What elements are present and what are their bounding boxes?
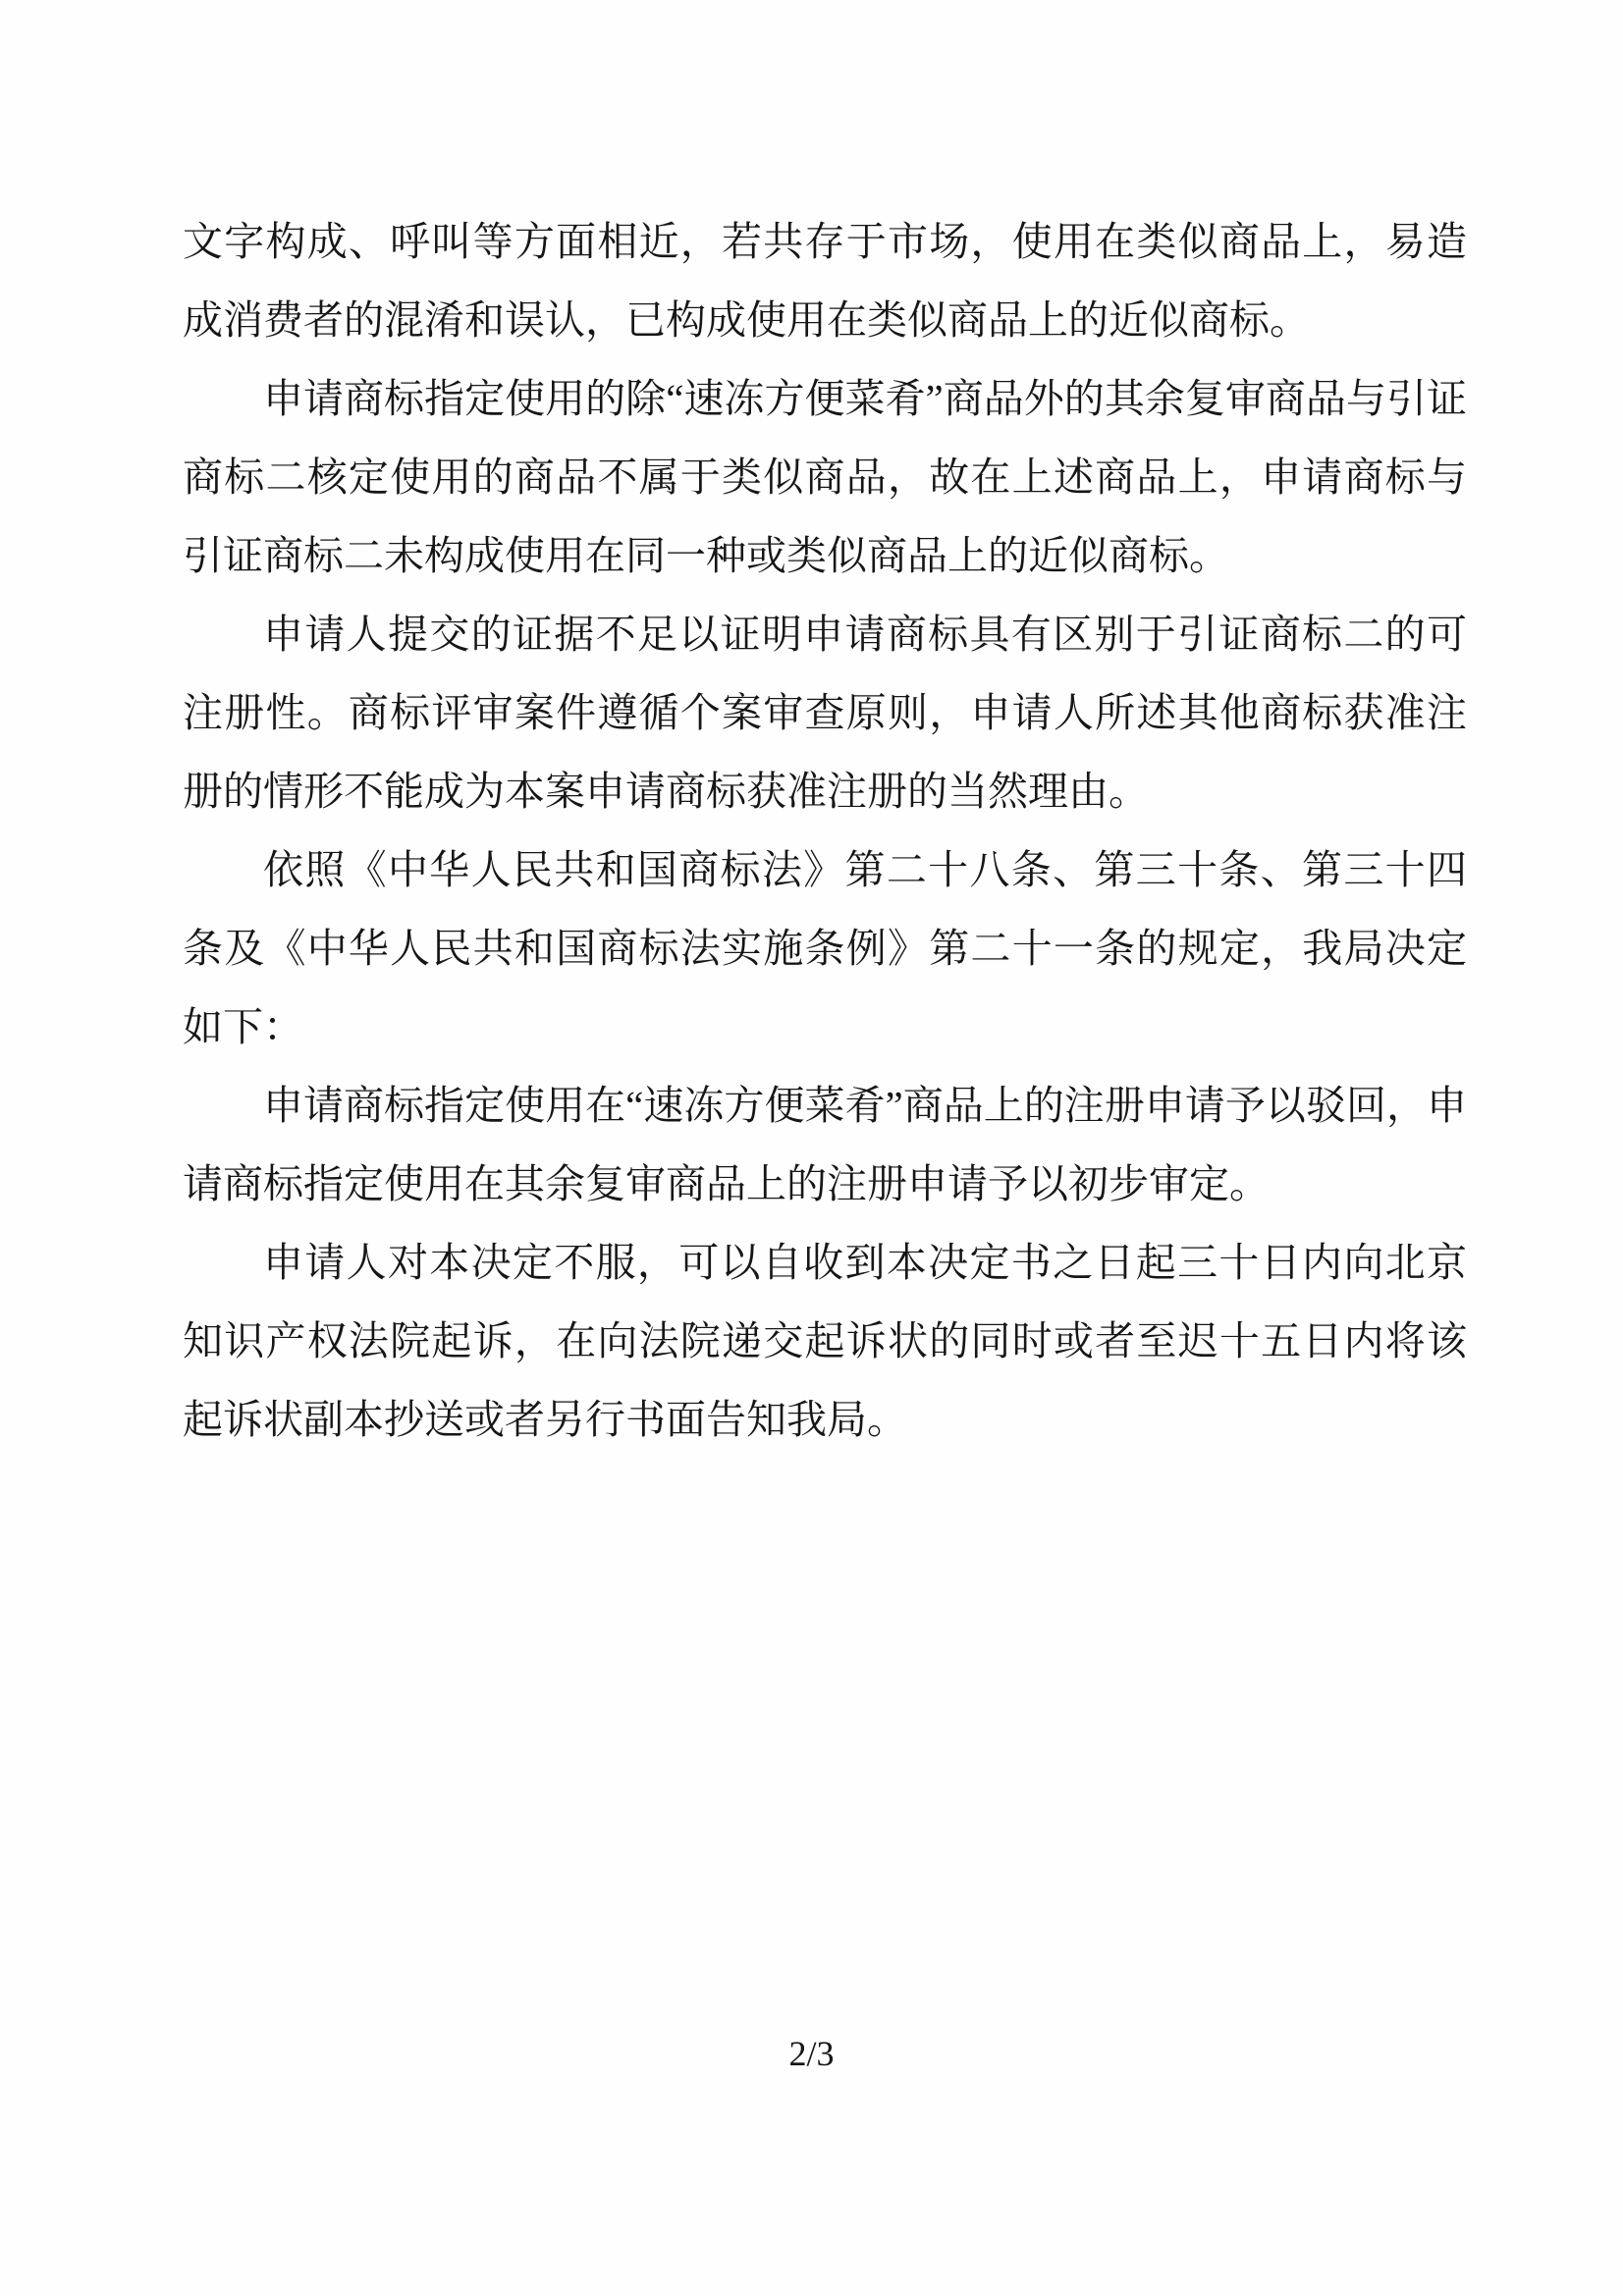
document-page: 文字构成、呼叫等方面相近，若共存于市场，使用在类似商品上，易造成消费者的混淆和误… (0, 0, 1623, 2296)
paragraph-similar-goods-finding: 申请商标指定使用的除“速冻方便菜肴”商品外的其余复审商品与引证商标二核定使用的商… (183, 359, 1467, 595)
page-number: 2/3 (0, 2034, 1623, 2073)
paragraph-appeal-rights: 申请人对本决定不服，可以自收到本决定书之日起三十日内向北京知识产权法院起诉，在向… (183, 1223, 1467, 1459)
paragraph-decision: 申请商标指定使用在“速冻方便菜肴”商品上的注册申请予以驳回，申请商标指定使用在其… (183, 1066, 1467, 1223)
paragraph-legal-basis: 依照《中华人民共和国商标法》第二十八条、第三十条、第三十四条及《中华人民共和国商… (183, 830, 1467, 1066)
document-body: 文字构成、呼叫等方面相近，若共存于市场，使用在类似商品上，易造成消费者的混淆和误… (183, 202, 1467, 1459)
paragraph-evidence-finding: 申请人提交的证据不足以证明申请商标具有区别于引证商标二的可注册性。商标评审案件遵… (183, 595, 1467, 830)
paragraph-continuation: 文字构成、呼叫等方面相近，若共存于市场，使用在类似商品上，易造成消费者的混淆和误… (183, 202, 1467, 359)
